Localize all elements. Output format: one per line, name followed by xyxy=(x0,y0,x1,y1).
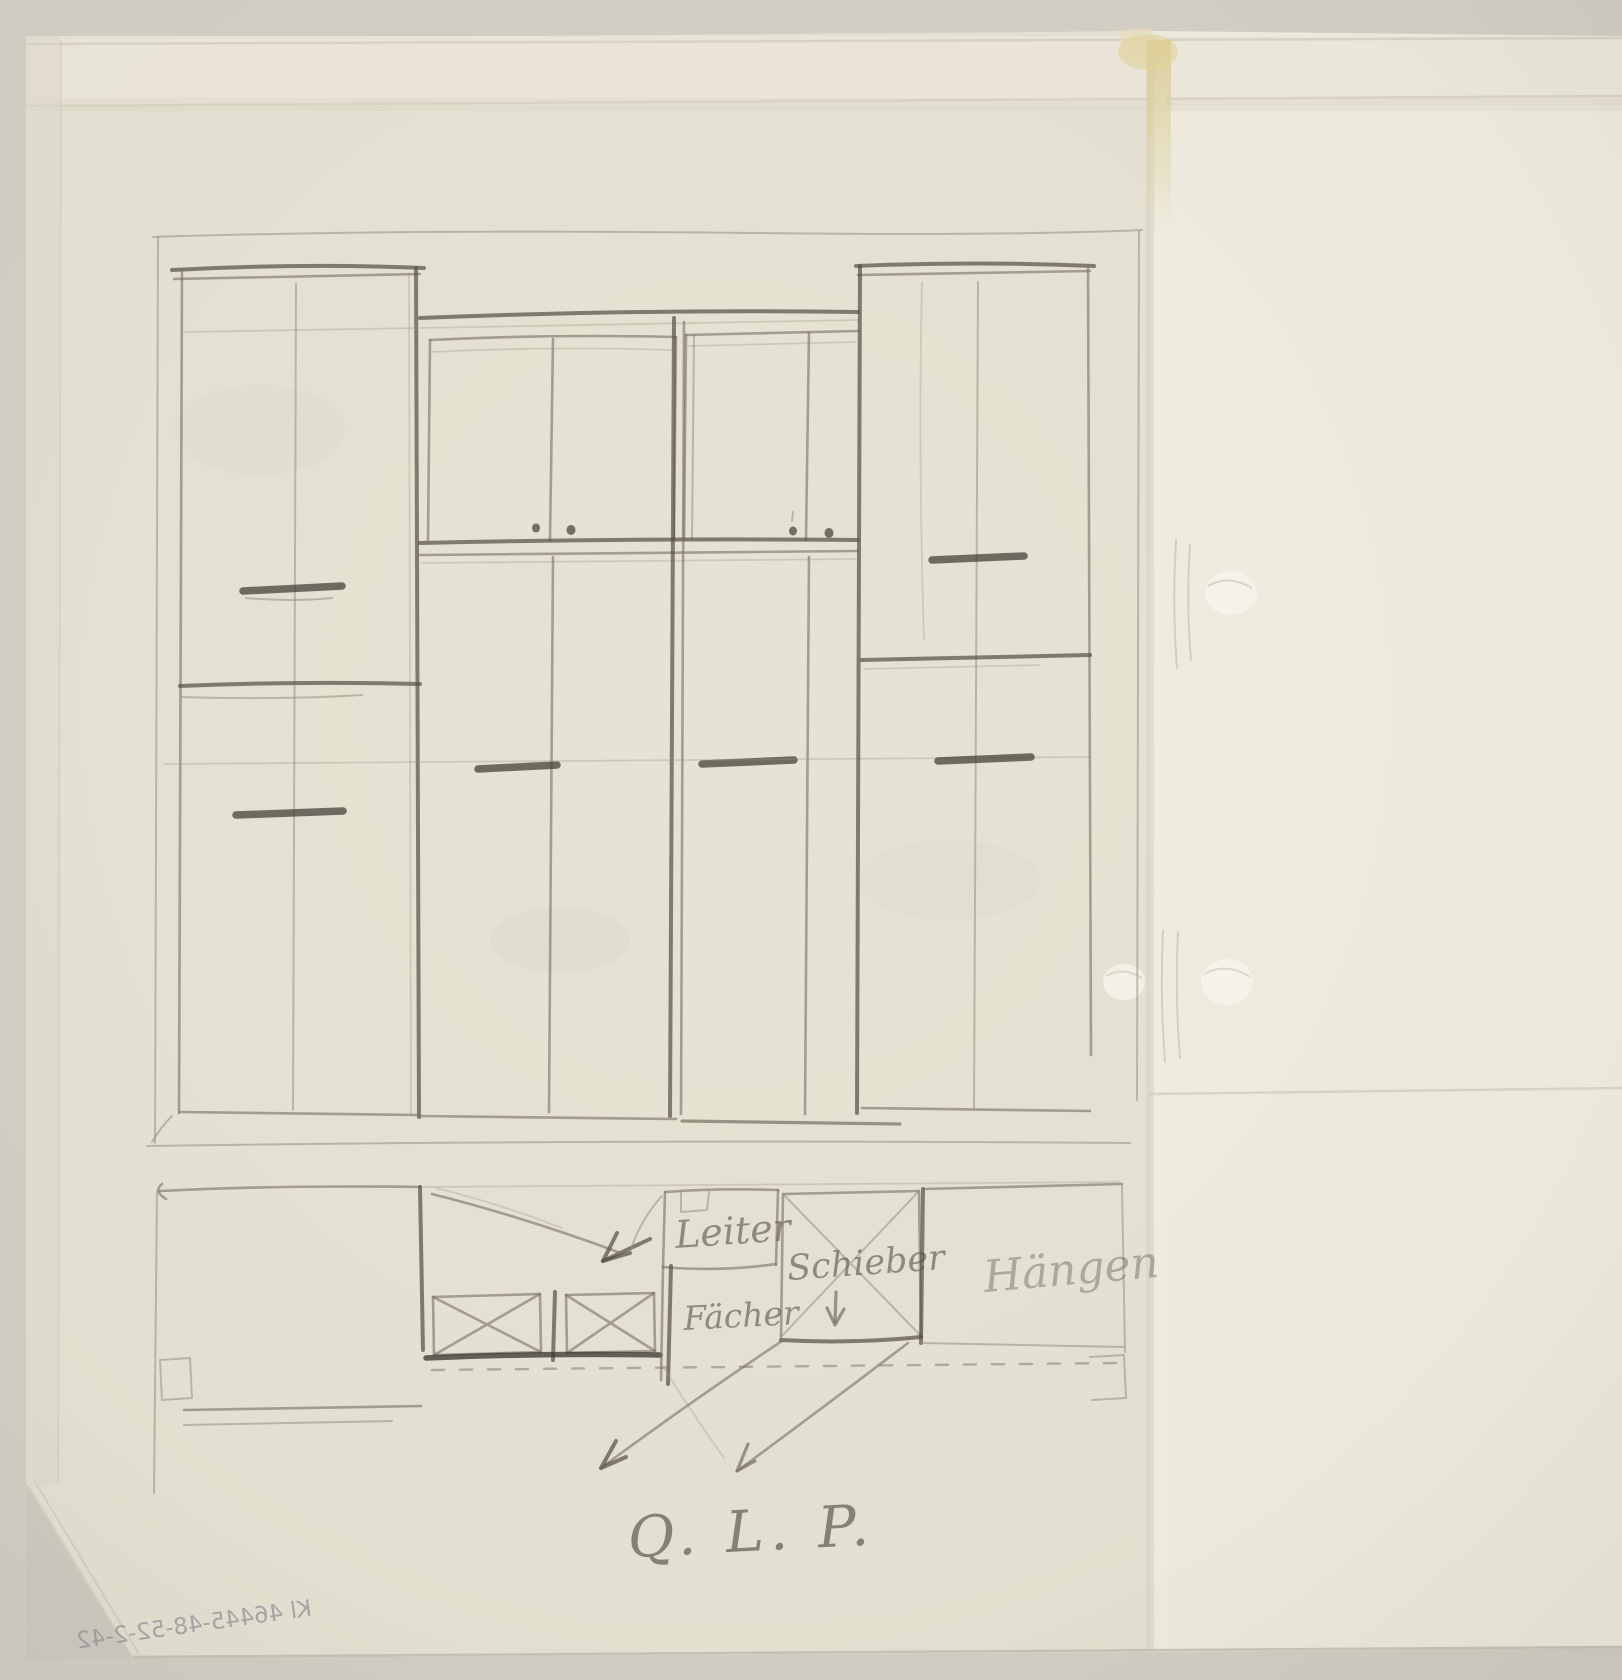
vignette-overlay xyxy=(0,0,1622,1680)
scanned-drawing: Leiter Fächer Schieber Hängen Q. L. P. xyxy=(0,0,1622,1680)
